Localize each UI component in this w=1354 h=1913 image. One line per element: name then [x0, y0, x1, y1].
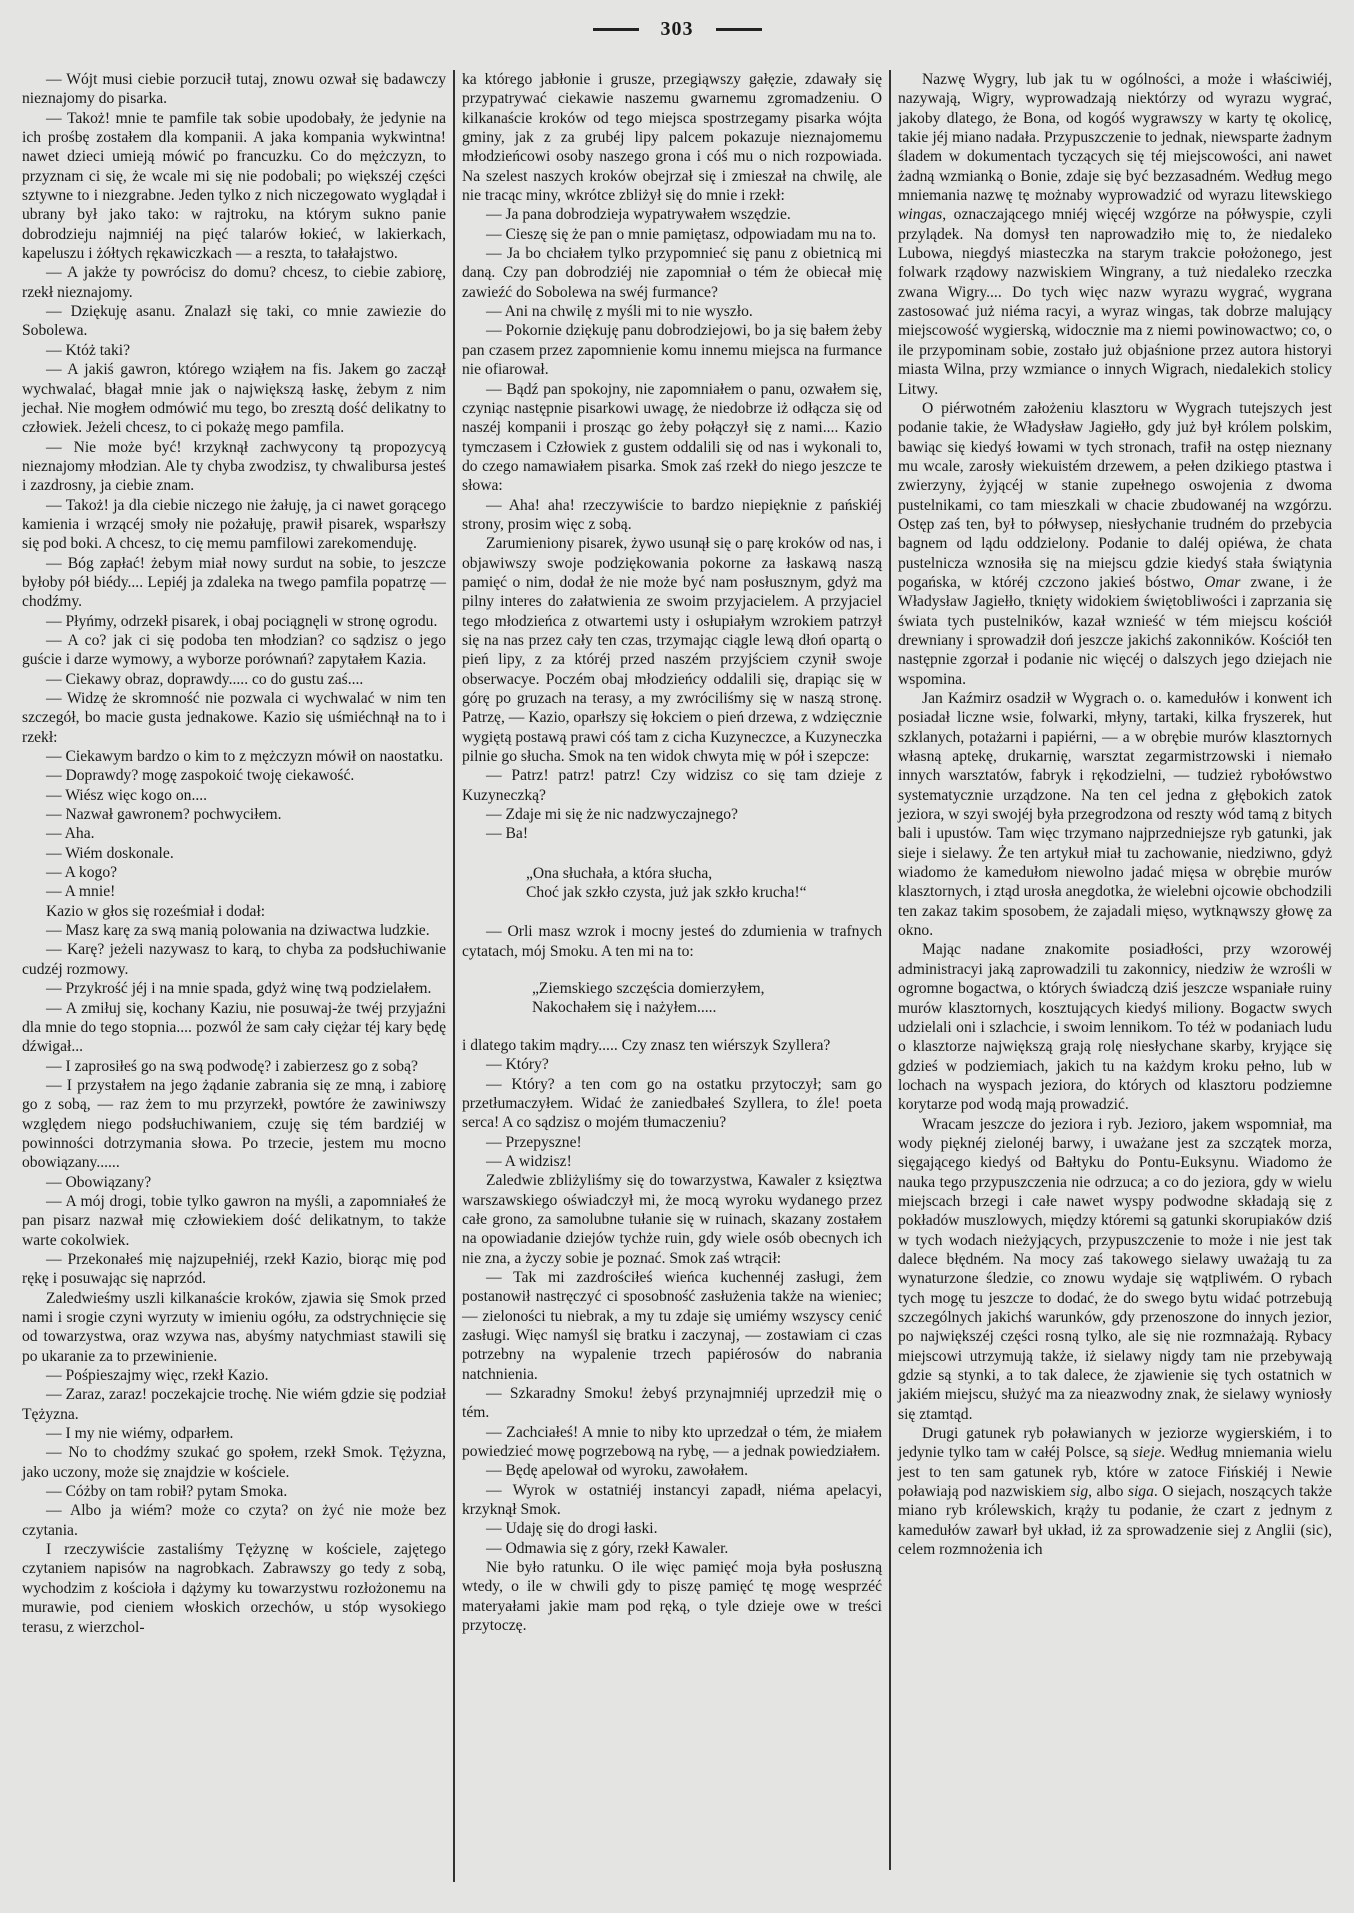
paragraph: — Który?: [462, 1055, 882, 1074]
paragraph: — Masz karę za swą manią polowania na dz…: [22, 921, 446, 940]
page-number: 303: [661, 18, 694, 41]
verse-quote-2: „Ziemskiego szczęścia domierzyłem,Nakoch…: [532, 979, 882, 1018]
middle-text-a: ka którego jabłonie i grusze, przegiąwsz…: [462, 70, 882, 844]
paragraph: — Ciekawy obraz, doprawdy..... co do gus…: [22, 670, 446, 689]
paragraph: — Bóg zapłać! żebym miał nowy surdut na …: [22, 554, 446, 612]
paragraph: Nie było ratunku. O ile więc pamięć moja…: [462, 1558, 882, 1635]
paragraph: — Cieszę się że pan o mnie pamiętasz, od…: [462, 225, 882, 244]
paragraph: — Będę apelował od wyroku, zawołałem.: [462, 1461, 882, 1480]
paragraph: — Nazwał gawronem? pochwyciłem.: [22, 805, 446, 824]
paragraph: i dlatego takim mądry..... Czy znasz ten…: [462, 1036, 882, 1055]
paragraph: — Dziękuję asanu. Znalazł się taki, co m…: [22, 302, 446, 341]
header-rule-left: [593, 28, 639, 31]
verse-line: „Ziemskiego szczęścia domierzyłem,: [532, 979, 882, 998]
paragraph: — A mnie!: [22, 882, 446, 901]
paragraph: — Ja bo chciałem tylko przypomnieć się p…: [462, 244, 882, 302]
verse-line: Choć jak szkło czysta, już jak szkło kru…: [526, 883, 882, 902]
paragraph: — Pokornie dziękuję panu dobrodziejowi, …: [462, 321, 882, 379]
column-right: Nazwę Wygry, lub jak tu w ogólności, a m…: [898, 70, 1332, 1559]
paragraph: — Widzę że skromność nie pozwala ci wych…: [22, 689, 446, 747]
header-rule-right: [716, 28, 762, 31]
paragraph: ka którego jabłonie i grusze, przegiąwsz…: [462, 70, 882, 205]
paragraph: — A co? jak ci się podoba ten młodzian? …: [22, 631, 446, 670]
paragraph: — Obowiązany?: [22, 1173, 446, 1192]
verse-line: „Ona słuchała, a która słucha,: [526, 864, 882, 883]
paragraph: — Patrz! patrz! patrz! Czy widzisz co si…: [462, 766, 882, 805]
paragraph: Mając nadane znakomite posiadłości, przy…: [898, 940, 1332, 1114]
paragraph: Zarumieniony pisarek, żywo usunął się o …: [462, 534, 882, 766]
paragraph: — Ani na chwilę z myśli mi to nie wyszło…: [462, 302, 882, 321]
paragraph: Drugi gatunek ryb poławianych w jeziorze…: [898, 1424, 1332, 1559]
column-divider-left: [453, 70, 455, 1882]
paragraph: — Odmawia się z góry, rzekł Kawaler.: [462, 1539, 882, 1558]
paragraph: — Przekonałeś mię najzupełniéj, rzekł Ka…: [22, 1250, 446, 1289]
paragraph: — Który? a ten com go na ostatku przytoc…: [462, 1075, 882, 1133]
paragraph: — Wiész więc kogo on....: [22, 786, 446, 805]
paragraph: — Doprawdy? mogę zaspokoić twoję ciekawo…: [22, 766, 446, 785]
paragraph: — A jakiś gawron, którego wziąłem na fis…: [22, 360, 446, 437]
paragraph: — I zaprosiłeś go na swą podwodę? i zabi…: [22, 1057, 446, 1076]
paragraph: — A zmiłuj się, kochany Kaziu, nie posuw…: [22, 999, 446, 1057]
paragraph: — Zaraz, zaraz! poczekajcie trochę. Nie …: [22, 1385, 446, 1424]
paragraph: — Aha.: [22, 824, 446, 843]
paragraph: Jan Kaźmirz osadził w Wygrach o. o. kame…: [898, 689, 1332, 940]
paragraph: — Ciekawym bardzo o kim to z mężczyzn mó…: [22, 747, 446, 766]
paragraph: — Wiém doskonale.: [22, 844, 446, 863]
paragraph: — Orli masz wzrok i mocny jesteś do zdum…: [462, 922, 882, 961]
paragraph: — Ba!: [462, 824, 882, 843]
paragraph: Nazwę Wygry, lub jak tu w ogólności, a m…: [898, 70, 1332, 399]
paragraph: — Cóżby on tam robił? pytam Smoka.: [22, 1482, 446, 1501]
paragraph: — Ja pana dobrodzieja wypatrywałem wszęd…: [462, 205, 882, 224]
middle-text-c: i dlatego takim mądry..... Czy znasz ten…: [462, 1036, 882, 1636]
page-header: 303: [0, 14, 1354, 44]
paragraph: — Pośpieszajmy więc, rzekł Kazio.: [22, 1366, 446, 1385]
paragraph: Wracam jeszcze do jeziora i ryb. Jezioro…: [898, 1115, 1332, 1425]
column-middle: ka którego jabłonie i grusze, przegiąwsz…: [462, 70, 882, 1635]
column-divider-right: [889, 70, 891, 1870]
paragraph: — Płyńmy, odrzekł pisarek, i obaj pociąg…: [22, 612, 446, 631]
paragraph: — Takoż! ja dla ciebie niczego nie żałuj…: [22, 496, 446, 554]
paragraph: — Tak mi zazdrościłeś wieńca kuchennéj z…: [462, 1268, 882, 1384]
paragraph: — Któż taki?: [22, 341, 446, 360]
paragraph: — Zdaje mi się że nic nadzwyczajnego?: [462, 805, 882, 824]
paragraph: — A jakże ty powrócisz do domu? chcesz, …: [22, 263, 446, 302]
paragraph: — Przykrość jéj i na mnie spada, gdyż wi…: [22, 979, 446, 998]
paragraph: Zaledwieśmy uszli kilkanaście kroków, zj…: [22, 1289, 446, 1366]
paragraph: — Nie może być! krzyknął zachwycony tą p…: [22, 438, 446, 496]
paragraph: — Albo ja wiém? może co czyta? on żyć ni…: [22, 1501, 446, 1540]
paragraph: Zaledwie zbliżyliśmy się do towarzystwa,…: [462, 1171, 882, 1268]
paragraph: I rzeczywiście zastaliśmy Tężyznę w kośc…: [22, 1540, 446, 1637]
verse-line: Nakochałem się i nażyłem.....: [532, 998, 882, 1017]
paragraph: — Udaję się do drogi łaski.: [462, 1519, 882, 1538]
paragraph: — Aha! aha! rzeczywiście to bardzo niepi…: [462, 496, 882, 535]
paragraph: O piérwotném założeniu klasztoru w Wygra…: [898, 399, 1332, 689]
paragraph: — Zachciałeś! A mnie to niby kto uprzedz…: [462, 1423, 882, 1462]
paragraph: — I przystałem na jego żądanie zabrania …: [22, 1076, 446, 1173]
paragraph: Kazio w głos się roześmiał i dodał:: [22, 902, 446, 921]
paragraph: — Bądź pan spokojny, nie zapomniałem o p…: [462, 380, 882, 496]
paragraph: — No to chodźmy szukać go społem, rzekł …: [22, 1443, 446, 1482]
paragraph: — A widzisz!: [462, 1152, 882, 1171]
paragraph: — I my nie wiémy, odparłem.: [22, 1424, 446, 1443]
newspaper-page: 303 — Wójt musi ciebie porzucił tutaj, z…: [0, 0, 1354, 1913]
middle-text-b: — Orli masz wzrok i mocny jesteś do zdum…: [462, 922, 882, 961]
paragraph: — A kogo?: [22, 863, 446, 882]
paragraph: — Karę? jeżeli nazywasz to karą, to chyb…: [22, 940, 446, 979]
paragraph: — Szkaradny Smoku! żebyś przynajmniéj up…: [462, 1384, 882, 1423]
paragraph: — Takoż! mnie te pamfile tak sobie upodo…: [22, 109, 446, 264]
paragraph: — A mój drogi, tobie tylko gawron na myś…: [22, 1192, 446, 1250]
paragraph: — Wójt musi ciebie porzucił tutaj, znowu…: [22, 70, 446, 109]
paragraph: — Przepyszne!: [462, 1133, 882, 1152]
paragraph: — Wyrok w ostatniéj instancyi zapadł, ni…: [462, 1481, 882, 1520]
column-left: — Wójt musi ciebie porzucił tutaj, znowu…: [22, 70, 446, 1637]
verse-quote-1: „Ona słuchała, a która słucha,Choć jak s…: [526, 864, 882, 903]
